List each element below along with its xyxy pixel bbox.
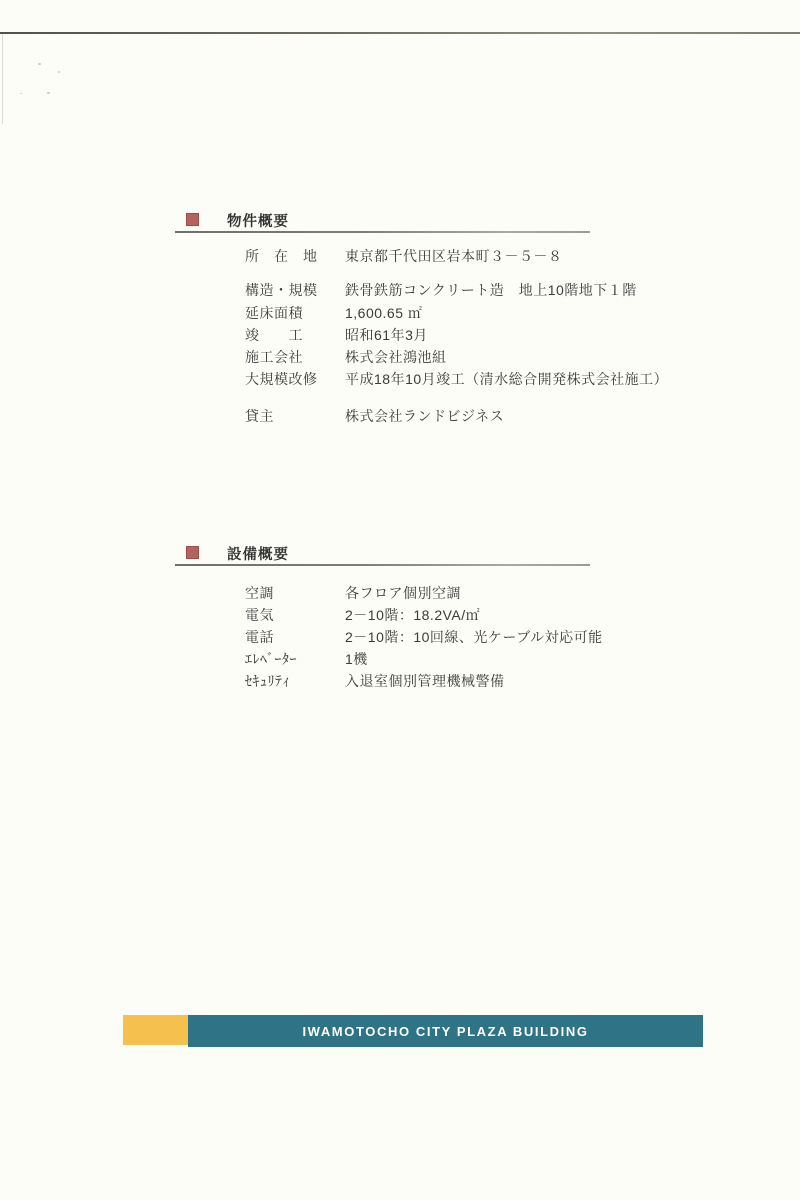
field-value: 各フロア個別空調 xyxy=(345,583,461,603)
field-row-builder: 施工会社 株式会社鴻池組 xyxy=(0,347,800,365)
field-row-renovation: 大規模改修 平成18年10月竣工（清水総合開発株式会社施工） xyxy=(0,369,800,387)
field-value: 1,600.65 ㎡ xyxy=(345,303,422,323)
scan-speck xyxy=(47,92,50,94)
scan-edge-artifact xyxy=(2,34,3,124)
scanned-document-page: 物件概要 所 在 地 東京都千代田区岩本町３－５－８ 構造・規模 鉄骨鉄筋コンク… xyxy=(0,0,800,1200)
section-underline xyxy=(175,231,590,233)
section-facilities-overview: 設備概要 空調 各フロア個別空調 電気 2－10階：18.2VA/㎡ 電話 2－… xyxy=(0,543,800,703)
field-row-floor-area: 延床面積 1,600.65 ㎡ xyxy=(0,303,800,321)
section-header: 設備概要 xyxy=(0,543,800,569)
field-label: 空調 xyxy=(245,583,274,603)
section-title: 物件概要 xyxy=(227,210,289,231)
scan-speck xyxy=(20,93,22,94)
footer-accent-block xyxy=(123,1015,188,1045)
section-underline xyxy=(175,564,590,566)
field-row-completion: 竣 工 昭和61年3月 xyxy=(0,325,800,343)
field-value: 平成18年10月竣工（清水総合開発株式会社施工） xyxy=(345,369,668,389)
field-label: 所 在 地 xyxy=(245,246,318,266)
field-row-elevator: ｴﾚﾍﾞｰﾀｰ 1機 xyxy=(0,649,800,667)
field-label: 竣 工 xyxy=(245,325,303,345)
field-label: 電気 xyxy=(245,605,274,625)
field-value: 株式会社鴻池組 xyxy=(345,347,447,367)
field-label: 施工会社 xyxy=(245,347,303,367)
field-value: 2－10階：18.2VA/㎡ xyxy=(345,605,480,625)
field-label: 電話 xyxy=(245,627,274,647)
field-label: 大規模改修 xyxy=(245,369,318,389)
footer-banner: IWAMOTOCHO CITY PLAZA BUILDING xyxy=(188,1015,703,1047)
field-row-security: ｾｷｭﾘﾃｨ 入退室個別管理機械警備 xyxy=(0,671,800,689)
field-value: 株式会社ランドビジネス xyxy=(345,406,504,426)
field-row-electricity: 電気 2－10階：18.2VA/㎡ xyxy=(0,605,800,623)
field-value: 昭和61年3月 xyxy=(345,325,428,345)
scan-speck xyxy=(38,63,41,65)
section-header: 物件概要 xyxy=(0,210,800,236)
field-value: 1機 xyxy=(345,649,368,669)
field-label: ｴﾚﾍﾞｰﾀｰ xyxy=(245,649,297,669)
scan-speck xyxy=(58,71,60,73)
field-value: 鉄骨鉄筋コンクリート造 地上10階地下１階 xyxy=(345,280,637,300)
field-label: 構造・規模 xyxy=(245,280,318,300)
section-title: 設備概要 xyxy=(227,543,289,564)
field-row-lessor: 貸主 株式会社ランドビジネス xyxy=(0,406,800,424)
field-label: ｾｷｭﾘﾃｨ xyxy=(245,671,290,691)
field-value: 東京都千代田区岩本町３－５－８ xyxy=(345,246,563,266)
field-row-location: 所 在 地 東京都千代田区岩本町３－５－８ xyxy=(0,246,800,264)
section-bullet-icon xyxy=(186,546,199,559)
section-bullet-icon xyxy=(186,213,199,226)
field-row-structure: 構造・規模 鉄骨鉄筋コンクリート造 地上10階地下１階 xyxy=(0,280,800,298)
field-row-hvac: 空調 各フロア個別空調 xyxy=(0,583,800,601)
section-property-overview: 物件概要 所 在 地 東京都千代田区岩本町３－５－８ 構造・規模 鉄骨鉄筋コンク… xyxy=(0,210,800,440)
field-label: 延床面積 xyxy=(245,303,303,323)
field-label: 貸主 xyxy=(245,406,274,426)
page-top-rule xyxy=(0,32,800,34)
building-name: IWAMOTOCHO CITY PLAZA BUILDING xyxy=(302,1024,588,1039)
field-value: 入退室個別管理機械警備 xyxy=(345,671,505,691)
field-value: 2－10階：10回線、光ケーブル対応可能 xyxy=(345,627,603,647)
field-row-telephone: 電話 2－10階：10回線、光ケーブル対応可能 xyxy=(0,627,800,645)
